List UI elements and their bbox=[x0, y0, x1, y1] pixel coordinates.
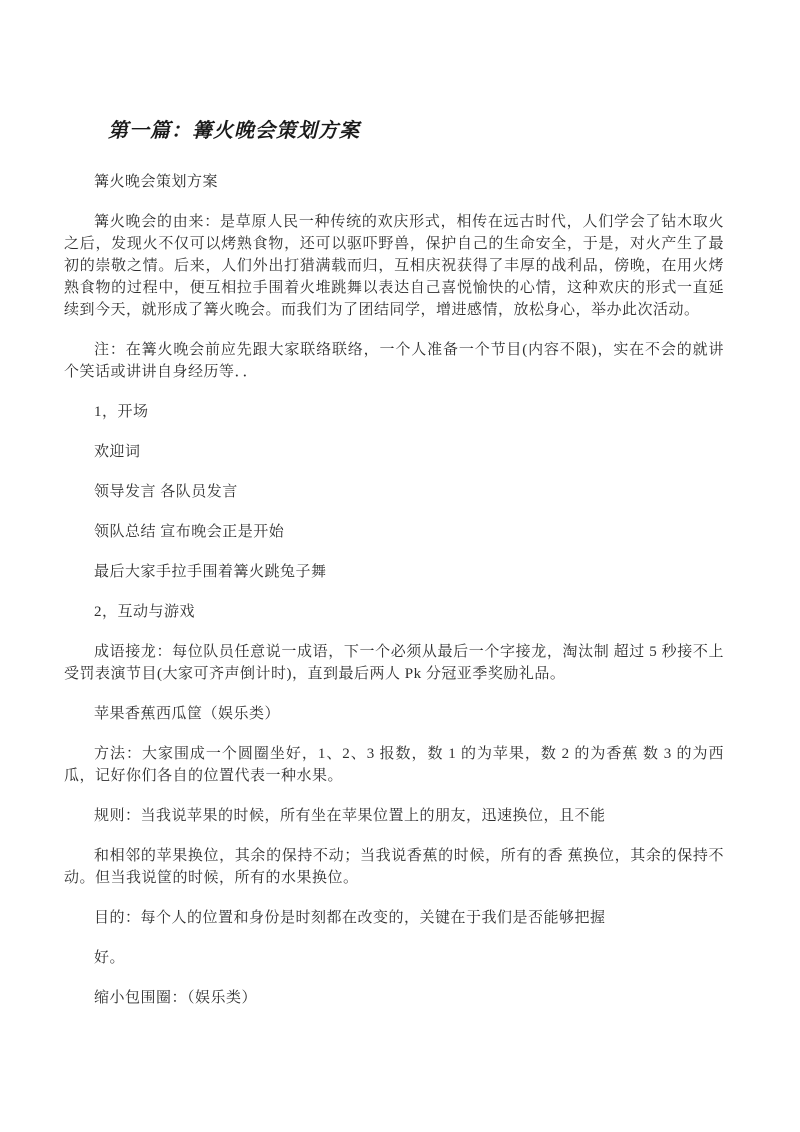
paragraph-welcome: 欢迎词 bbox=[64, 441, 724, 463]
paragraph-leader-speech: 领导发言 各队员发言 bbox=[64, 481, 724, 503]
paragraph-purpose-cont: 好。 bbox=[64, 947, 724, 969]
paragraph-fruit-game-rule-cont: 和相邻的苹果换位，其余的保持不动；当我说香蕉的时候，所有的香 蕉换位，其余的保持… bbox=[64, 845, 724, 889]
paragraph-dance: 最后大家手拉手围着篝火跳兔子舞 bbox=[64, 561, 724, 583]
paragraph-fruit-game-title: 苹果香蕉西瓜筐（娱乐类） bbox=[64, 703, 724, 725]
paragraph-subtitle: 篝火晚会策划方案 bbox=[64, 171, 724, 193]
paragraph-leader-summary: 领队总结 宣布晚会正是开始 bbox=[64, 521, 724, 543]
document-title: 第一篇：篝火晚会策划方案 bbox=[64, 118, 724, 144]
document-page: 第一篇：篝火晚会策划方案 篝火晚会策划方案 篝火晚会的由来：是草原人民一种传统的… bbox=[0, 0, 800, 1132]
paragraph-section-2-games: 2，互动与游戏 bbox=[64, 601, 724, 623]
document-content: 第一篇：篝火晚会策划方案 篝火晚会策划方案 篝火晚会的由来：是草原人民一种传统的… bbox=[64, 118, 724, 1027]
paragraph-origin: 篝火晚会的由来：是草原人民一种传统的欢庆形式，相传在远古时代，人们学会了钻木取火… bbox=[64, 211, 724, 321]
paragraph-fruit-game-purpose: 目的：每个人的位置和身份是时刻都在改变的，关键在于我们是否能够把握 bbox=[64, 907, 724, 929]
paragraph-fruit-game-rule: 规则：当我说苹果的时候，所有坐在苹果位置上的朋友，迅速换位，且不能 bbox=[64, 805, 724, 827]
paragraph-note: 注：在篝火晚会前应先跟大家联络联络，一个人准备一个节目(内容不限)，实在不会的就… bbox=[64, 339, 724, 383]
paragraph-circle-game-title: 缩小包围圈：（娱乐类） bbox=[64, 987, 724, 1009]
paragraph-section-1-opening: 1，开场 bbox=[64, 401, 724, 423]
paragraph-fruit-game-method: 方法：大家围成一个圆圈坐好，1、2、3 报数，数 1 的为苹果，数 2 的为香蕉… bbox=[64, 743, 724, 787]
paragraph-idiom-game: 成语接龙：每位队员任意说一成语，下一个必须从最后一个字接龙，淘汰制 超过 5 秒… bbox=[64, 641, 724, 685]
